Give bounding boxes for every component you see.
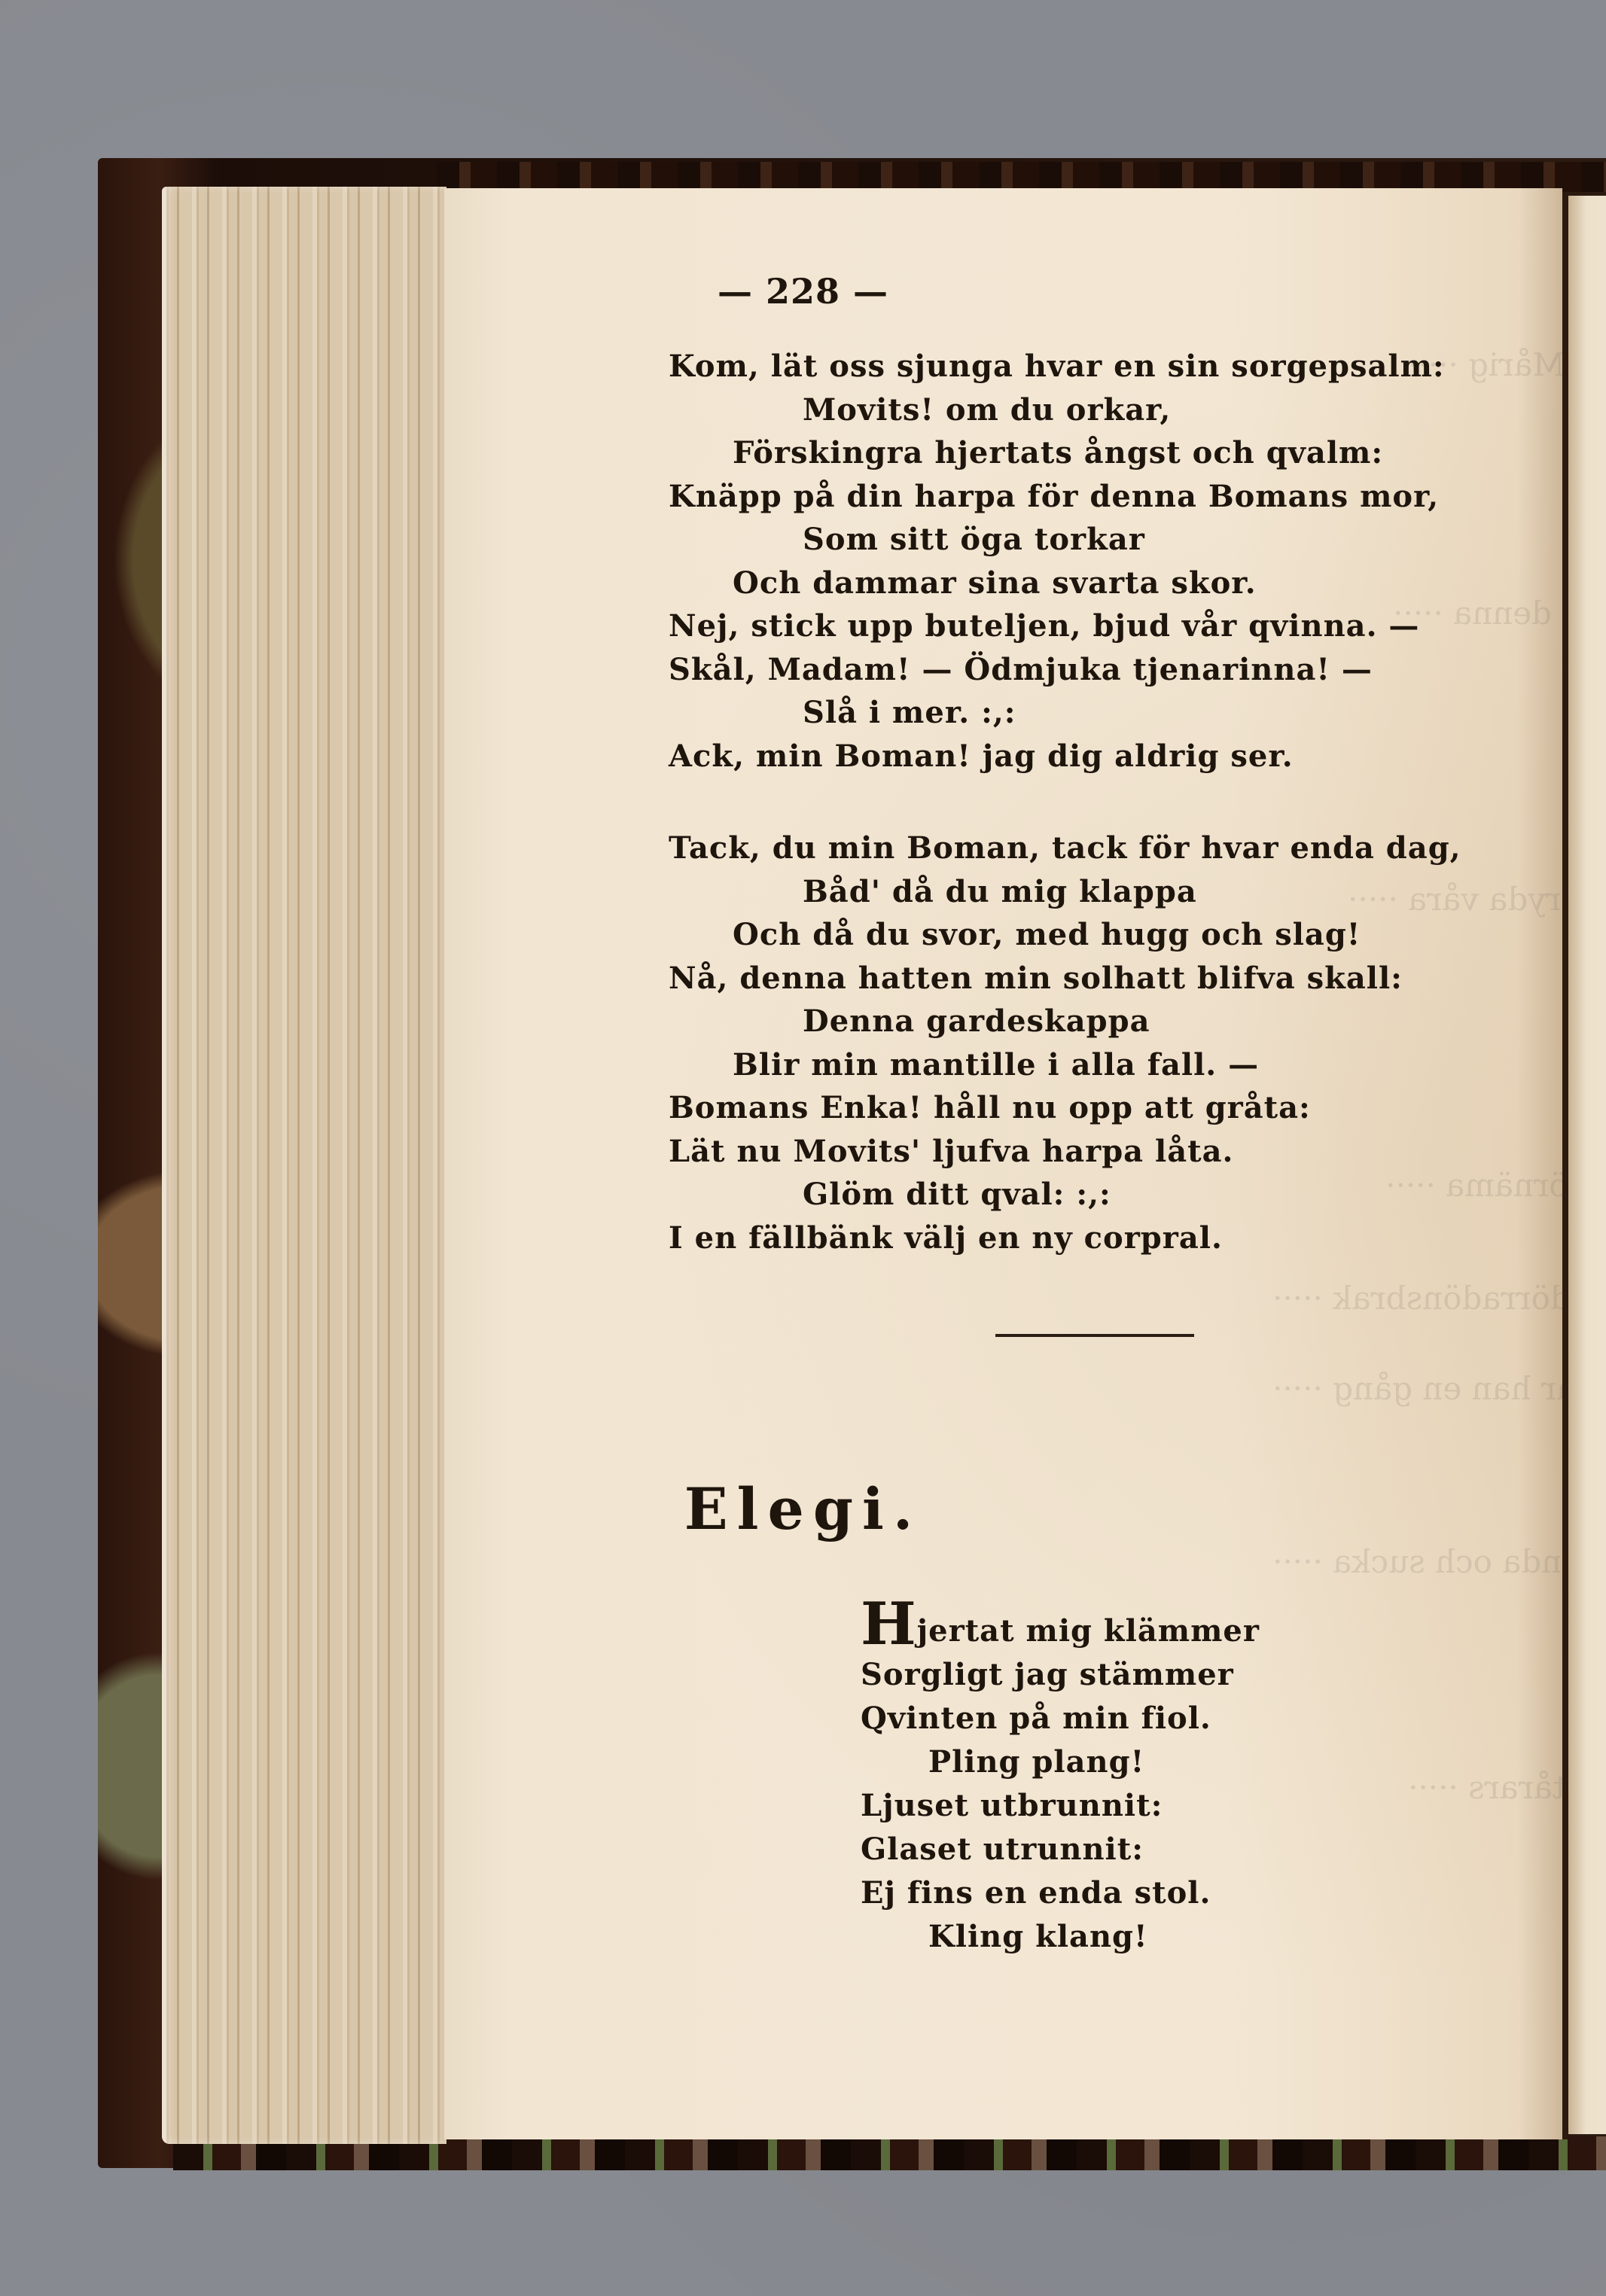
section-title: Elegi. [0,1475,1606,1542]
verse-line: Blir min mantille i alla fall. — [669,1043,1461,1087]
cover-top-edge [437,162,1606,192]
verse-line: Ljuset utbrunnit: [861,1784,1260,1828]
bleed-through-text: Har han en gång ····· [1272,1370,1603,1407]
stanza-1: Kom, lät oss sjunga hvar en sin sorgepsa… [669,345,1445,778]
section-divider [995,1334,1194,1337]
verse-text: jertat mig klämmer [917,1613,1260,1649]
verse-line: Qvinten på min fiol. [861,1697,1260,1740]
verse-line: Denna gardeskappa [669,1000,1461,1043]
verse-line: Och då du svor, med hugg och slag! [669,913,1461,957]
verse-line: Som sitt öga torkar [669,518,1445,562]
verse-line: Och dammar sina svarta skor. [669,562,1445,605]
verse-line: Kom, lät oss sjunga hvar en sin sorgepsa… [669,345,1445,388]
verse-line: Tack, du min Boman, tack för hvar enda d… [669,827,1461,870]
verse-line: Movits! om du orkar, [669,388,1445,432]
stanza-2: Tack, du min Boman, tack för hvar enda d… [669,827,1461,1259]
bleed-through-text: I tårars ····· [1408,1769,1588,1806]
verse-line: Båd' då du mig klappa [669,870,1461,914]
elegy-poem: Hjertat mig klämmer Sorgligt jag stämmer… [861,1609,1260,1959]
verse-line: Nå, denna hatten min solhatt blifva skal… [669,957,1461,1000]
bleed-through-text: Ett dörradönsbrak ····· [1272,1280,1606,1317]
verse-line: Sorgligt jag stämmer [861,1653,1260,1697]
verse-line: Nej, stick upp buteljen, bjud vår qvinna… [669,604,1445,648]
drop-cap: H [861,1590,917,1658]
verse-line: Knäpp på din harpa för denna Bomans mor, [669,475,1445,519]
verse-line: Lät nu Movits' ljufva harpa låta. [669,1130,1461,1174]
verse-line: I en fällbänk välj en ny corpral. [669,1217,1461,1260]
verse-line: Skål, Madam! — Ödmjuka tjenarinna! — [669,648,1445,692]
verse-line: Glöm ditt qval: :,: [669,1173,1461,1217]
verse-line: Ej fins en enda stol. [861,1871,1260,1915]
verse-line: Bomans Enka! håll nu opp att gråta: [669,1086,1461,1130]
page-edges-stack [162,187,446,2144]
verse-line: Ack, min Boman! jag dig aldrig ser. [669,735,1445,778]
verse-line: Hjertat mig klämmer [861,1609,1260,1653]
verse-line: Pling plang! [861,1740,1260,1784]
book-gutter [1562,197,1568,2139]
next-page-edge [1568,196,1606,2134]
verse-line: Slå i mer. :,: [669,691,1445,735]
bleed-through-text: Blanda och sucka ····· [1272,1543,1606,1580]
page-number: — 228 — [0,271,1606,312]
verse-line: Glaset utrunnit: [861,1828,1260,1871]
verse-line: Kling klang! [861,1915,1260,1959]
verse-line: Förskingra hjertats ångst och qvalm: [669,431,1445,475]
